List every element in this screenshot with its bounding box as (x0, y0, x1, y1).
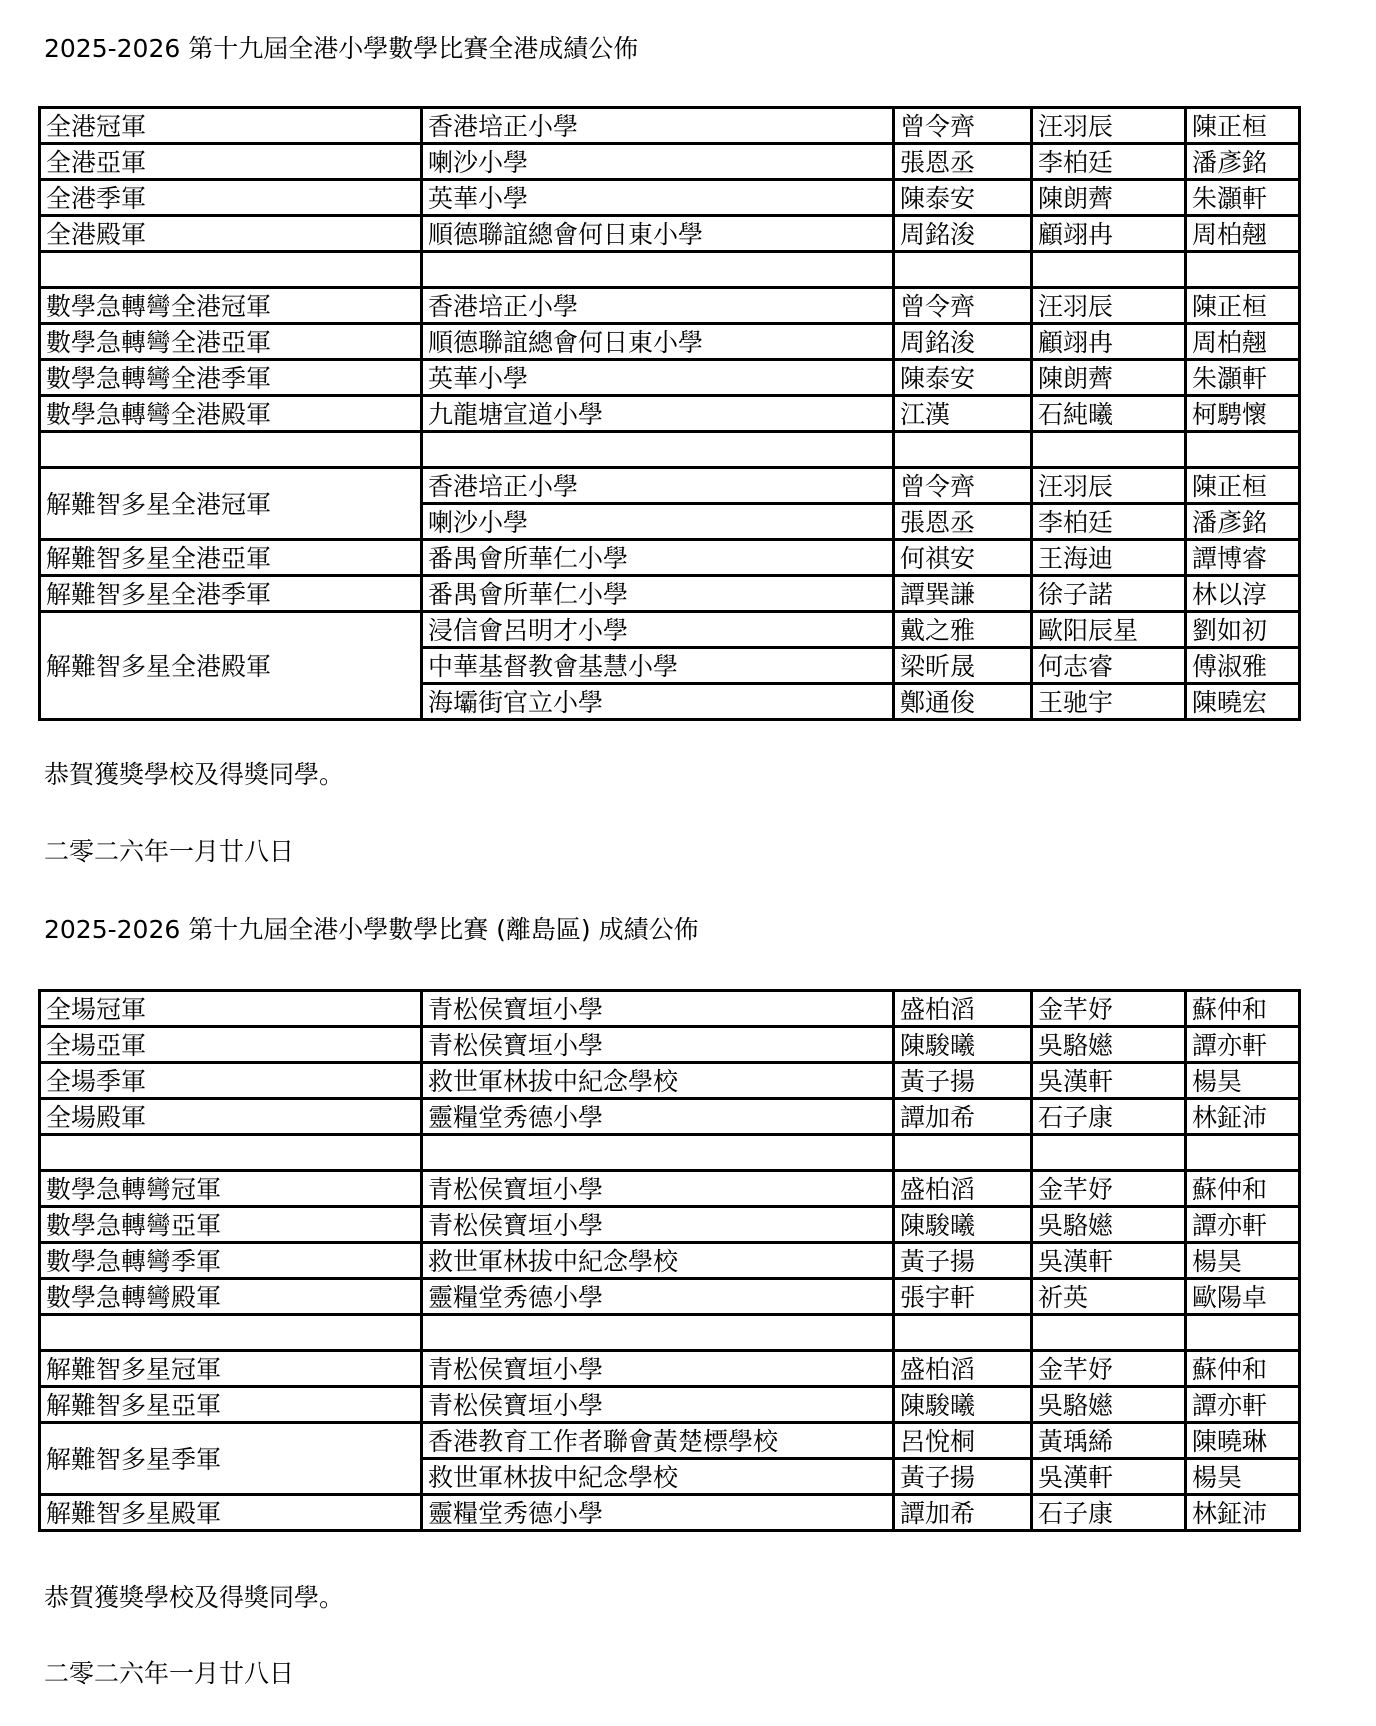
section-1-congratulations: 恭賀獲獎學校及得獎同學。 (44, 759, 344, 791)
student-name-cell: 陳朗薺 (1032, 180, 1186, 216)
student-name-cell (894, 1315, 1032, 1351)
section-1-date: 二零二六年一月廿八日 (44, 836, 294, 868)
student-name-cell: 吳漢軒 (1032, 1243, 1186, 1279)
school-cell: 救世軍林拔中紀念學校 (422, 1243, 894, 1279)
student-name-cell: 張恩丞 (894, 504, 1032, 540)
award-cell: 解難智多星全港亞軍 (40, 540, 422, 576)
award-cell: 解難智多星季軍 (40, 1423, 422, 1495)
award-cell: 數學急轉彎全港殿軍 (40, 396, 422, 432)
table-row: 數學急轉彎冠軍青松侯寶垣小學盛柏滔金芊妤蘇仲和 (40, 1171, 1300, 1207)
award-cell: 全場殿軍 (40, 1099, 422, 1135)
student-name-cell: 譚巽謙 (894, 576, 1032, 612)
school-cell: 靈糧堂秀德小學 (422, 1099, 894, 1135)
table-row: 解難智多星冠軍青松侯寶垣小學盛柏滔金芊妤蘇仲和 (40, 1351, 1300, 1387)
student-name-cell: 蘇仲和 (1186, 1351, 1300, 1387)
school-cell: 喇沙小學 (422, 504, 894, 540)
student-name-cell: 陳正桓 (1186, 288, 1300, 324)
student-name-cell (894, 1135, 1032, 1171)
student-name-cell: 何祺安 (894, 540, 1032, 576)
student-name-cell: 石子康 (1032, 1099, 1186, 1135)
table-row: 全港殿軍順德聯誼總會何日東小學周銘浚顧翊冉周柏翹 (40, 216, 1300, 252)
student-name-cell: 陳駿曦 (894, 1207, 1032, 1243)
student-name-cell (894, 432, 1032, 468)
spacer-row (40, 432, 1300, 468)
school-cell: 九龍塘宣道小學 (422, 396, 894, 432)
student-name-cell: 呂悅桐 (894, 1423, 1032, 1459)
student-name-cell: 曾令齊 (894, 288, 1032, 324)
student-name-cell: 吳駱嬨 (1032, 1387, 1186, 1423)
student-name-cell: 鄭通俊 (894, 684, 1032, 720)
student-name-cell: 祈英 (1032, 1279, 1186, 1315)
results-table-body: 全港冠軍香港培正小學曾令齊汪羽辰陳正桓全港亞軍喇沙小學張恩丞李柏廷潘彥銘全港季軍… (40, 108, 1300, 720)
table-row: 全場亞軍青松侯寶垣小學陳駿曦吳駱嬨譚亦軒 (40, 1027, 1300, 1063)
student-name-cell: 汪羽辰 (1032, 288, 1186, 324)
school-cell: 香港教育工作者聯會黃楚標學校 (422, 1423, 894, 1459)
student-name-cell: 金芊妤 (1032, 1171, 1186, 1207)
school-cell: 救世軍林拔中紀念學校 (422, 1459, 894, 1495)
school-cell (422, 252, 894, 288)
student-name-cell: 陳正桓 (1186, 108, 1300, 144)
student-name-cell: 陳駿曦 (894, 1027, 1032, 1063)
student-name-cell: 柯騁懷 (1186, 396, 1300, 432)
student-name-cell: 戴之雅 (894, 612, 1032, 648)
award-cell: 解難智多星全港殿軍 (40, 612, 422, 720)
table-row: 全場冠軍青松侯寶垣小學盛柏滔金芊妤蘇仲和 (40, 991, 1300, 1027)
school-cell: 香港培正小學 (422, 108, 894, 144)
school-cell: 英華小學 (422, 180, 894, 216)
student-name-cell (1032, 1135, 1186, 1171)
award-cell: 全港冠軍 (40, 108, 422, 144)
school-cell: 青松侯寶垣小學 (422, 991, 894, 1027)
award-cell: 數學急轉彎全港亞軍 (40, 324, 422, 360)
student-name-cell: 李柏廷 (1032, 144, 1186, 180)
award-cell (40, 432, 422, 468)
school-cell: 浸信會呂明才小學 (422, 612, 894, 648)
school-cell: 香港培正小學 (422, 468, 894, 504)
award-cell: 解難智多星冠軍 (40, 1351, 422, 1387)
award-cell: 數學急轉彎殿軍 (40, 1279, 422, 1315)
student-name-cell: 張宇軒 (894, 1279, 1032, 1315)
spacer-row (40, 1135, 1300, 1171)
award-cell: 全場亞軍 (40, 1027, 422, 1063)
student-name-cell: 潘彥銘 (1186, 504, 1300, 540)
student-name-cell: 吳駱嬨 (1032, 1027, 1186, 1063)
section-2-title: 2025-2026 第十九屆全港小學數學比賽 (離島區) 成績公佈 (44, 914, 699, 946)
student-name-cell: 歐陽卓 (1186, 1279, 1300, 1315)
student-name-cell: 顧翊冉 (1032, 324, 1186, 360)
award-cell: 數學急轉彎全港季軍 (40, 360, 422, 396)
school-cell: 青松侯寶垣小學 (422, 1171, 894, 1207)
school-cell: 英華小學 (422, 360, 894, 396)
section-1-title: 2025-2026 第十九屆全港小學數學比賽全港成績公佈 (44, 33, 638, 65)
award-cell: 全港亞軍 (40, 144, 422, 180)
student-name-cell: 劉如初 (1186, 612, 1300, 648)
school-cell: 番禺會所華仁小學 (422, 576, 894, 612)
table-row: 全場季軍救世軍林拔中紀念學校黃子揚吳漢軒楊昊 (40, 1063, 1300, 1099)
school-cell (422, 1315, 894, 1351)
student-name-cell: 譚亦軒 (1186, 1207, 1300, 1243)
award-cell (40, 252, 422, 288)
table-row: 數學急轉彎季軍救世軍林拔中紀念學校黃子揚吳漢軒楊昊 (40, 1243, 1300, 1279)
student-name-cell (1032, 1315, 1186, 1351)
award-cell: 解難智多星全港冠軍 (40, 468, 422, 540)
school-cell: 番禺會所華仁小學 (422, 540, 894, 576)
award-cell: 全港殿軍 (40, 216, 422, 252)
section-2-results-table: 全場冠軍青松侯寶垣小學盛柏滔金芊妤蘇仲和全場亞軍青松侯寶垣小學陳駿曦吳駱嬨譚亦軒… (38, 989, 1301, 1532)
table-row: 解難智多星全港冠軍香港培正小學曾令齊汪羽辰陳正桓 (40, 468, 1300, 504)
award-cell: 數學急轉彎亞軍 (40, 1207, 422, 1243)
award-cell: 數學急轉彎季軍 (40, 1243, 422, 1279)
student-name-cell: 傅淑雅 (1186, 648, 1300, 684)
school-cell: 香港培正小學 (422, 288, 894, 324)
student-name-cell: 李柏廷 (1032, 504, 1186, 540)
student-name-cell: 周銘浚 (894, 324, 1032, 360)
student-name-cell: 蘇仲和 (1186, 1171, 1300, 1207)
student-name-cell: 陳朗薺 (1032, 360, 1186, 396)
table-row: 全港亞軍喇沙小學張恩丞李柏廷潘彥銘 (40, 144, 1300, 180)
spacer-row (40, 252, 1300, 288)
student-name-cell: 歐阳辰星 (1032, 612, 1186, 648)
table-row: 解難智多星季軍香港教育工作者聯會黃楚標學校呂悅桐黃瑀絺陳曉琳 (40, 1423, 1300, 1459)
school-cell: 青松侯寶垣小學 (422, 1387, 894, 1423)
student-name-cell: 林鉦沛 (1186, 1099, 1300, 1135)
award-cell: 全港季軍 (40, 180, 422, 216)
student-name-cell: 王海迪 (1032, 540, 1186, 576)
award-cell: 解難智多星亞軍 (40, 1387, 422, 1423)
student-name-cell: 顧翊冉 (1032, 216, 1186, 252)
student-name-cell: 陳泰安 (894, 360, 1032, 396)
table-row: 數學急轉彎殿軍靈糧堂秀德小學張宇軒祈英歐陽卓 (40, 1279, 1300, 1315)
student-name-cell: 譚加希 (894, 1099, 1032, 1135)
table-row: 解難智多星亞軍青松侯寶垣小學陳駿曦吳駱嬨譚亦軒 (40, 1387, 1300, 1423)
school-cell: 救世軍林拔中紀念學校 (422, 1063, 894, 1099)
table-row: 全場殿軍靈糧堂秀德小學譚加希石子康林鉦沛 (40, 1099, 1300, 1135)
table-row: 解難智多星全港殿軍浸信會呂明才小學戴之雅歐阳辰星劉如初 (40, 612, 1300, 648)
award-cell (40, 1315, 422, 1351)
school-cell: 靈糧堂秀德小學 (422, 1495, 894, 1531)
school-cell (422, 1135, 894, 1171)
student-name-cell: 石純曦 (1032, 396, 1186, 432)
school-cell: 順德聯誼總會何日東小學 (422, 216, 894, 252)
student-name-cell: 金芊妤 (1032, 1351, 1186, 1387)
table-row: 數學急轉彎亞軍青松侯寶垣小學陳駿曦吳駱嬨譚亦軒 (40, 1207, 1300, 1243)
school-cell: 中華基督教會基慧小學 (422, 648, 894, 684)
student-name-cell: 周柏翹 (1186, 216, 1300, 252)
award-cell: 解難智多星殿軍 (40, 1495, 422, 1531)
student-name-cell: 楊昊 (1186, 1243, 1300, 1279)
award-cell: 解難智多星全港季軍 (40, 576, 422, 612)
table-row: 數學急轉彎全港季軍英華小學陳泰安陳朗薺朱灝軒 (40, 360, 1300, 396)
award-cell (40, 1135, 422, 1171)
student-name-cell: 周銘浚 (894, 216, 1032, 252)
student-name-cell: 吳漢軒 (1032, 1063, 1186, 1099)
student-name-cell (1186, 432, 1300, 468)
school-cell: 喇沙小學 (422, 144, 894, 180)
student-name-cell: 陳正桓 (1186, 468, 1300, 504)
award-cell: 數學急轉彎冠軍 (40, 1171, 422, 1207)
student-name-cell: 黃子揚 (894, 1063, 1032, 1099)
school-cell (422, 432, 894, 468)
student-name-cell: 何志睿 (1032, 648, 1186, 684)
table-row: 數學急轉彎全港殿軍九龍塘宣道小學江漢石純曦柯騁懷 (40, 396, 1300, 432)
table-row: 解難智多星殿軍靈糧堂秀德小學譚加希石子康林鉦沛 (40, 1495, 1300, 1531)
student-name-cell: 曾令齊 (894, 108, 1032, 144)
student-name-cell: 金芊妤 (1032, 991, 1186, 1027)
student-name-cell: 王驰宇 (1032, 684, 1186, 720)
student-name-cell: 朱灝軒 (1186, 360, 1300, 396)
student-name-cell: 盛柏滔 (894, 991, 1032, 1027)
student-name-cell: 盛柏滔 (894, 1351, 1032, 1387)
student-name-cell: 周柏翹 (1186, 324, 1300, 360)
student-name-cell: 陳駿曦 (894, 1387, 1032, 1423)
student-name-cell: 張恩丞 (894, 144, 1032, 180)
student-name-cell: 曾令齊 (894, 468, 1032, 504)
student-name-cell: 江漢 (894, 396, 1032, 432)
table-row: 解難智多星全港季軍番禺會所華仁小學譚巽謙徐子諾林以淳 (40, 576, 1300, 612)
student-name-cell: 黃子揚 (894, 1243, 1032, 1279)
table-row: 數學急轉彎全港冠軍香港培正小學曾令齊汪羽辰陳正桓 (40, 288, 1300, 324)
school-cell: 海壩街官立小學 (422, 684, 894, 720)
student-name-cell: 黃瑀絺 (1032, 1423, 1186, 1459)
student-name-cell (1186, 252, 1300, 288)
table-row: 全港冠軍香港培正小學曾令齊汪羽辰陳正桓 (40, 108, 1300, 144)
student-name-cell: 林以淳 (1186, 576, 1300, 612)
student-name-cell: 楊昊 (1186, 1459, 1300, 1495)
student-name-cell: 吳漢軒 (1032, 1459, 1186, 1495)
student-name-cell: 譚亦軒 (1186, 1387, 1300, 1423)
student-name-cell: 吳駱嬨 (1032, 1207, 1186, 1243)
section-1-results-table: 全港冠軍香港培正小學曾令齊汪羽辰陳正桓全港亞軍喇沙小學張恩丞李柏廷潘彥銘全港季軍… (38, 106, 1301, 721)
student-name-cell (1186, 1135, 1300, 1171)
table-row: 解難智多星全港亞軍番禺會所華仁小學何祺安王海迪譚博睿 (40, 540, 1300, 576)
student-name-cell: 盛柏滔 (894, 1171, 1032, 1207)
student-name-cell: 陳曉宏 (1186, 684, 1300, 720)
student-name-cell: 黃子揚 (894, 1459, 1032, 1495)
school-cell: 靈糧堂秀德小學 (422, 1279, 894, 1315)
student-name-cell: 譚加希 (894, 1495, 1032, 1531)
school-cell: 青松侯寶垣小學 (422, 1027, 894, 1063)
student-name-cell: 汪羽辰 (1032, 468, 1186, 504)
student-name-cell: 陳曉琳 (1186, 1423, 1300, 1459)
spacer-row (40, 1315, 1300, 1351)
student-name-cell (1032, 432, 1186, 468)
student-name-cell: 蘇仲和 (1186, 991, 1300, 1027)
student-name-cell (894, 252, 1032, 288)
student-name-cell: 朱灝軒 (1186, 180, 1300, 216)
student-name-cell: 潘彥銘 (1186, 144, 1300, 180)
student-name-cell: 徐子諾 (1032, 576, 1186, 612)
student-name-cell: 譚亦軒 (1186, 1027, 1300, 1063)
table-row: 全港季軍英華小學陳泰安陳朗薺朱灝軒 (40, 180, 1300, 216)
award-cell: 全場季軍 (40, 1063, 422, 1099)
student-name-cell: 汪羽辰 (1032, 108, 1186, 144)
award-cell: 全場冠軍 (40, 991, 422, 1027)
student-name-cell: 楊昊 (1186, 1063, 1300, 1099)
table-row: 數學急轉彎全港亞軍順德聯誼總會何日東小學周銘浚顧翊冉周柏翹 (40, 324, 1300, 360)
student-name-cell: 陳泰安 (894, 180, 1032, 216)
student-name-cell (1032, 252, 1186, 288)
section-2-date: 二零二六年一月廿八日 (44, 1658, 294, 1690)
school-cell: 青松侯寶垣小學 (422, 1351, 894, 1387)
section-2-congratulations: 恭賀獲獎學校及得獎同學。 (44, 1582, 344, 1614)
school-cell: 順德聯誼總會何日東小學 (422, 324, 894, 360)
student-name-cell: 石子康 (1032, 1495, 1186, 1531)
school-cell: 青松侯寶垣小學 (422, 1207, 894, 1243)
results-table-body: 全場冠軍青松侯寶垣小學盛柏滔金芊妤蘇仲和全場亞軍青松侯寶垣小學陳駿曦吳駱嬨譚亦軒… (40, 991, 1300, 1531)
student-name-cell: 譚博睿 (1186, 540, 1300, 576)
student-name-cell (1186, 1315, 1300, 1351)
award-cell: 數學急轉彎全港冠軍 (40, 288, 422, 324)
student-name-cell: 林鉦沛 (1186, 1495, 1300, 1531)
student-name-cell: 梁昕晟 (894, 648, 1032, 684)
